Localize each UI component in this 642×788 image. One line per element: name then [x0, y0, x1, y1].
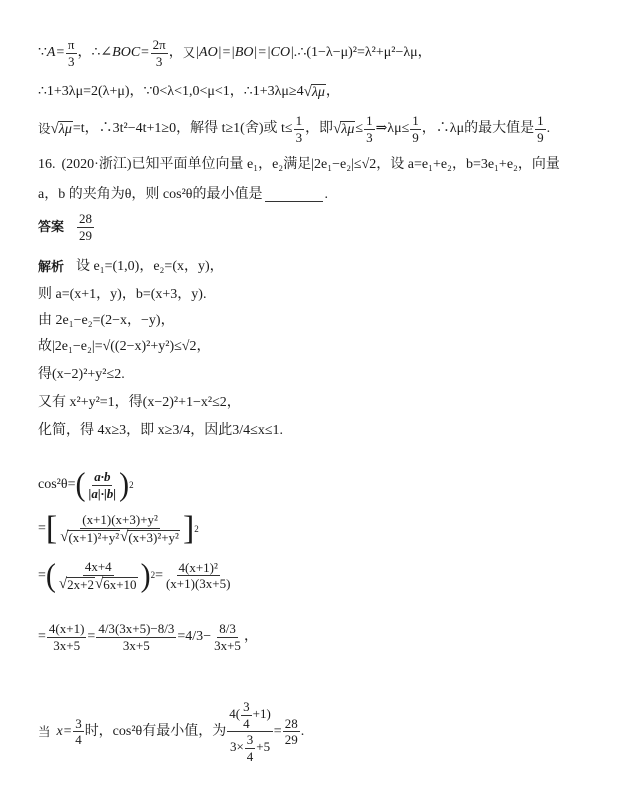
answer-line: 答案 2829	[38, 212, 95, 242]
problem-number: 16.	[38, 158, 56, 172]
fraction: π3	[66, 38, 77, 68]
answer-value: 2829	[77, 212, 94, 242]
problem-statement: 已知平面单位向量 e₁，e₂满足|2e₁−e₂|≤√2，设 a=e₁+e₂，b=…	[132, 158, 560, 172]
conclusion: 当 x= 34 时，cos²θ有最小值，为 4(34+1) 3×34+5 = 2…	[38, 700, 304, 764]
answer-blank	[265, 189, 323, 202]
square-root: √λμ	[304, 84, 326, 100]
solution-line-1: ∵ A= π3 ， ∴ ∠BOC= 2π3 ， 又 |AO|=|BO|=|CO|…	[38, 38, 432, 68]
analysis-step-5: 得(x−2)²+y²≤2.	[38, 368, 125, 382]
because-symbol: ∵	[38, 46, 47, 60]
analysis-step-1: 解析 设 e₁=(1,0)，e₂=(x，y)，	[38, 260, 224, 274]
final-result: 2829	[283, 717, 300, 747]
square-root: √λμ	[51, 121, 73, 137]
problem-line-1: 16. (2020·浙江) 已知平面单位向量 e₁，e₂满足|2e₁−e₂|≤√…	[38, 158, 560, 172]
analysis-step-2: 则 a=(x+1，y)，b=(x+3，y).	[38, 288, 206, 302]
answer-label: 答案	[38, 221, 64, 234]
analysis-step-4: 故|2e₁−e₂|=√((2−x)²+y²)≤√2，	[38, 340, 210, 354]
solution-line-2: ∴1+3λμ=2(λ+μ)，∵0<λ<1,0<μ<1，∴1+3λμ≥4 √λμ …	[38, 84, 340, 100]
analysis-step-6: 又有 x²+y²=1，得(x−2)²+1−x²≤2，	[38, 396, 241, 410]
cos-definition: cos²θ= ( a·b|a|·|b| )2	[38, 470, 134, 500]
bracket-step: =[ (x+1)(x+3)+y² √(x+1)²+y²√(x+3)²+y² ]2	[38, 512, 199, 546]
reduce-step: = 4(x+1)3x+5 = 4/3(3x+5)−8/3 3x+5 = 4/3 …	[38, 622, 258, 652]
solution-line-3: 设 √λμ =t，∴3t²−4t+1≥0，解得 t≥1(舍)或 t≤ 13 ，即…	[38, 114, 550, 144]
simplify-step: =( 4x+4 √2x+2√6x+10 )2 = 4(x+1)²(x+1)(3x…	[38, 560, 233, 592]
vector-equality: |AO|=|BO|=|CO|.	[195, 46, 297, 60]
problem-line-2: a，b 的夹角为θ，则 cos²θ的最小值是 .	[38, 188, 328, 202]
analysis-label: 解析	[38, 261, 64, 274]
analysis-step-7: 化简，得 4x≥3，即 x≥3/4，因此3/4≤x≤1.	[38, 424, 283, 438]
fraction: 2π3	[151, 38, 168, 68]
problem-source: (2020·浙江)	[62, 158, 132, 172]
analysis-step-3: 由 2e₁−e₂=(2−x，−y)，	[38, 314, 175, 328]
